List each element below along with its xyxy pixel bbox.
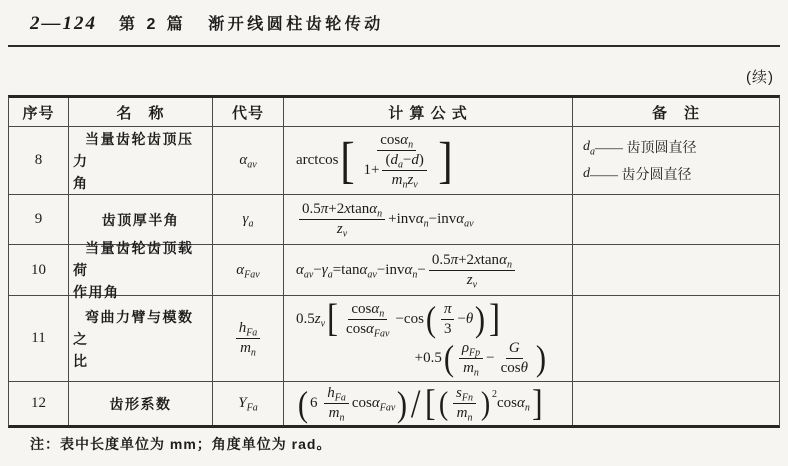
handbook-page: 2—124 第 2 篇 渐开线圆柱齿轮传动 (续) 序号 名 称 代号 计 算 … bbox=[0, 0, 788, 466]
page-number: 2—124 bbox=[30, 13, 97, 35]
col-header-no: 序号 bbox=[9, 98, 69, 127]
symbol-alpha-av: αav bbox=[239, 152, 256, 169]
symbol-alpha-fav: αFav bbox=[236, 262, 259, 279]
col-header-remark: 备 注 bbox=[573, 98, 779, 127]
row-12-formula: (6 hFamncosαFav)/[(sFnmn)2cosαn] bbox=[284, 382, 573, 425]
row-10-remark bbox=[573, 245, 779, 296]
row-10-name: 当量齿轮齿顶载荷作用角 bbox=[69, 245, 213, 296]
row-11-symbol: hFamn bbox=[213, 296, 284, 382]
remark-d-definition: d—— 齿分圆直径 bbox=[583, 164, 692, 184]
col-header-formula: 计 算 公 式 bbox=[284, 98, 573, 127]
row-9-remark bbox=[573, 195, 779, 245]
symbol-hfa-over-mn: hFamn bbox=[233, 320, 264, 357]
remark-da-definition: da—— 齿顶圆直径 bbox=[583, 137, 697, 157]
row-11-formula-line2: +0.5(ρFpmn−Gcosθ) bbox=[284, 340, 572, 377]
row-9-no: 9 bbox=[9, 195, 69, 245]
row-9-symbol: γa bbox=[213, 195, 284, 245]
row-9-formula: 0.5π+2xtanαnzv+invαn−invαav bbox=[284, 195, 573, 245]
chapter-title: 渐开线圆柱齿轮传动 bbox=[208, 11, 384, 34]
row-12-no: 12 bbox=[9, 382, 69, 425]
row-11-formula-line1: 0.5zv[cosαncosαFav−cos(π3−θ)] bbox=[284, 301, 572, 338]
row-8-no: 8 bbox=[9, 127, 69, 195]
page-header: 2—124 第 2 篇 渐开线圆柱齿轮传动 bbox=[30, 11, 384, 35]
col-header-symbol: 代号 bbox=[213, 98, 284, 127]
symbol-yfa: YFa bbox=[238, 395, 257, 412]
continued-label: (续) bbox=[746, 66, 774, 87]
row-8-formula: arctcos[cosαn1+(da−d)mnzv] bbox=[284, 127, 573, 195]
row-10-formula: αav−γa=tanαav−invαn−0.5π+2xtanαnzv bbox=[284, 245, 573, 296]
row-11-formula: 0.5zv[cosαncosαFav−cos(π3−θ)] +0.5(ρFpmn… bbox=[284, 296, 573, 382]
row-12-remark bbox=[573, 382, 779, 425]
col-header-name: 名 称 bbox=[69, 98, 213, 127]
row-8-remark: da—— 齿顶圆直径 d—— 齿分圆直径 bbox=[573, 127, 779, 195]
row-10-symbol: αFav bbox=[213, 245, 284, 296]
gear-formula-table: 序号 名 称 代号 计 算 公 式 备 注 8 当量齿轮齿顶压力角 αav ar… bbox=[8, 95, 780, 428]
row-11-no: 11 bbox=[9, 296, 69, 382]
symbol-gamma-a: γa bbox=[243, 211, 254, 228]
row-8-name: 当量齿轮齿顶压力角 bbox=[69, 127, 213, 195]
row-10-no: 10 bbox=[9, 245, 69, 296]
part-label: 第 2 篇 bbox=[119, 11, 186, 34]
table-footnote: 注：表中长度单位为 mm；角度单位为 rad。 bbox=[30, 434, 331, 454]
row-11-remark bbox=[573, 296, 779, 382]
row-8-symbol: αav bbox=[213, 127, 284, 195]
row-12-symbol: YFa bbox=[213, 382, 284, 425]
row-11-name: 弯曲力臂与模数之比 bbox=[69, 296, 213, 382]
row-12-name: 齿形系数 bbox=[69, 382, 213, 425]
header-rule bbox=[8, 45, 780, 47]
